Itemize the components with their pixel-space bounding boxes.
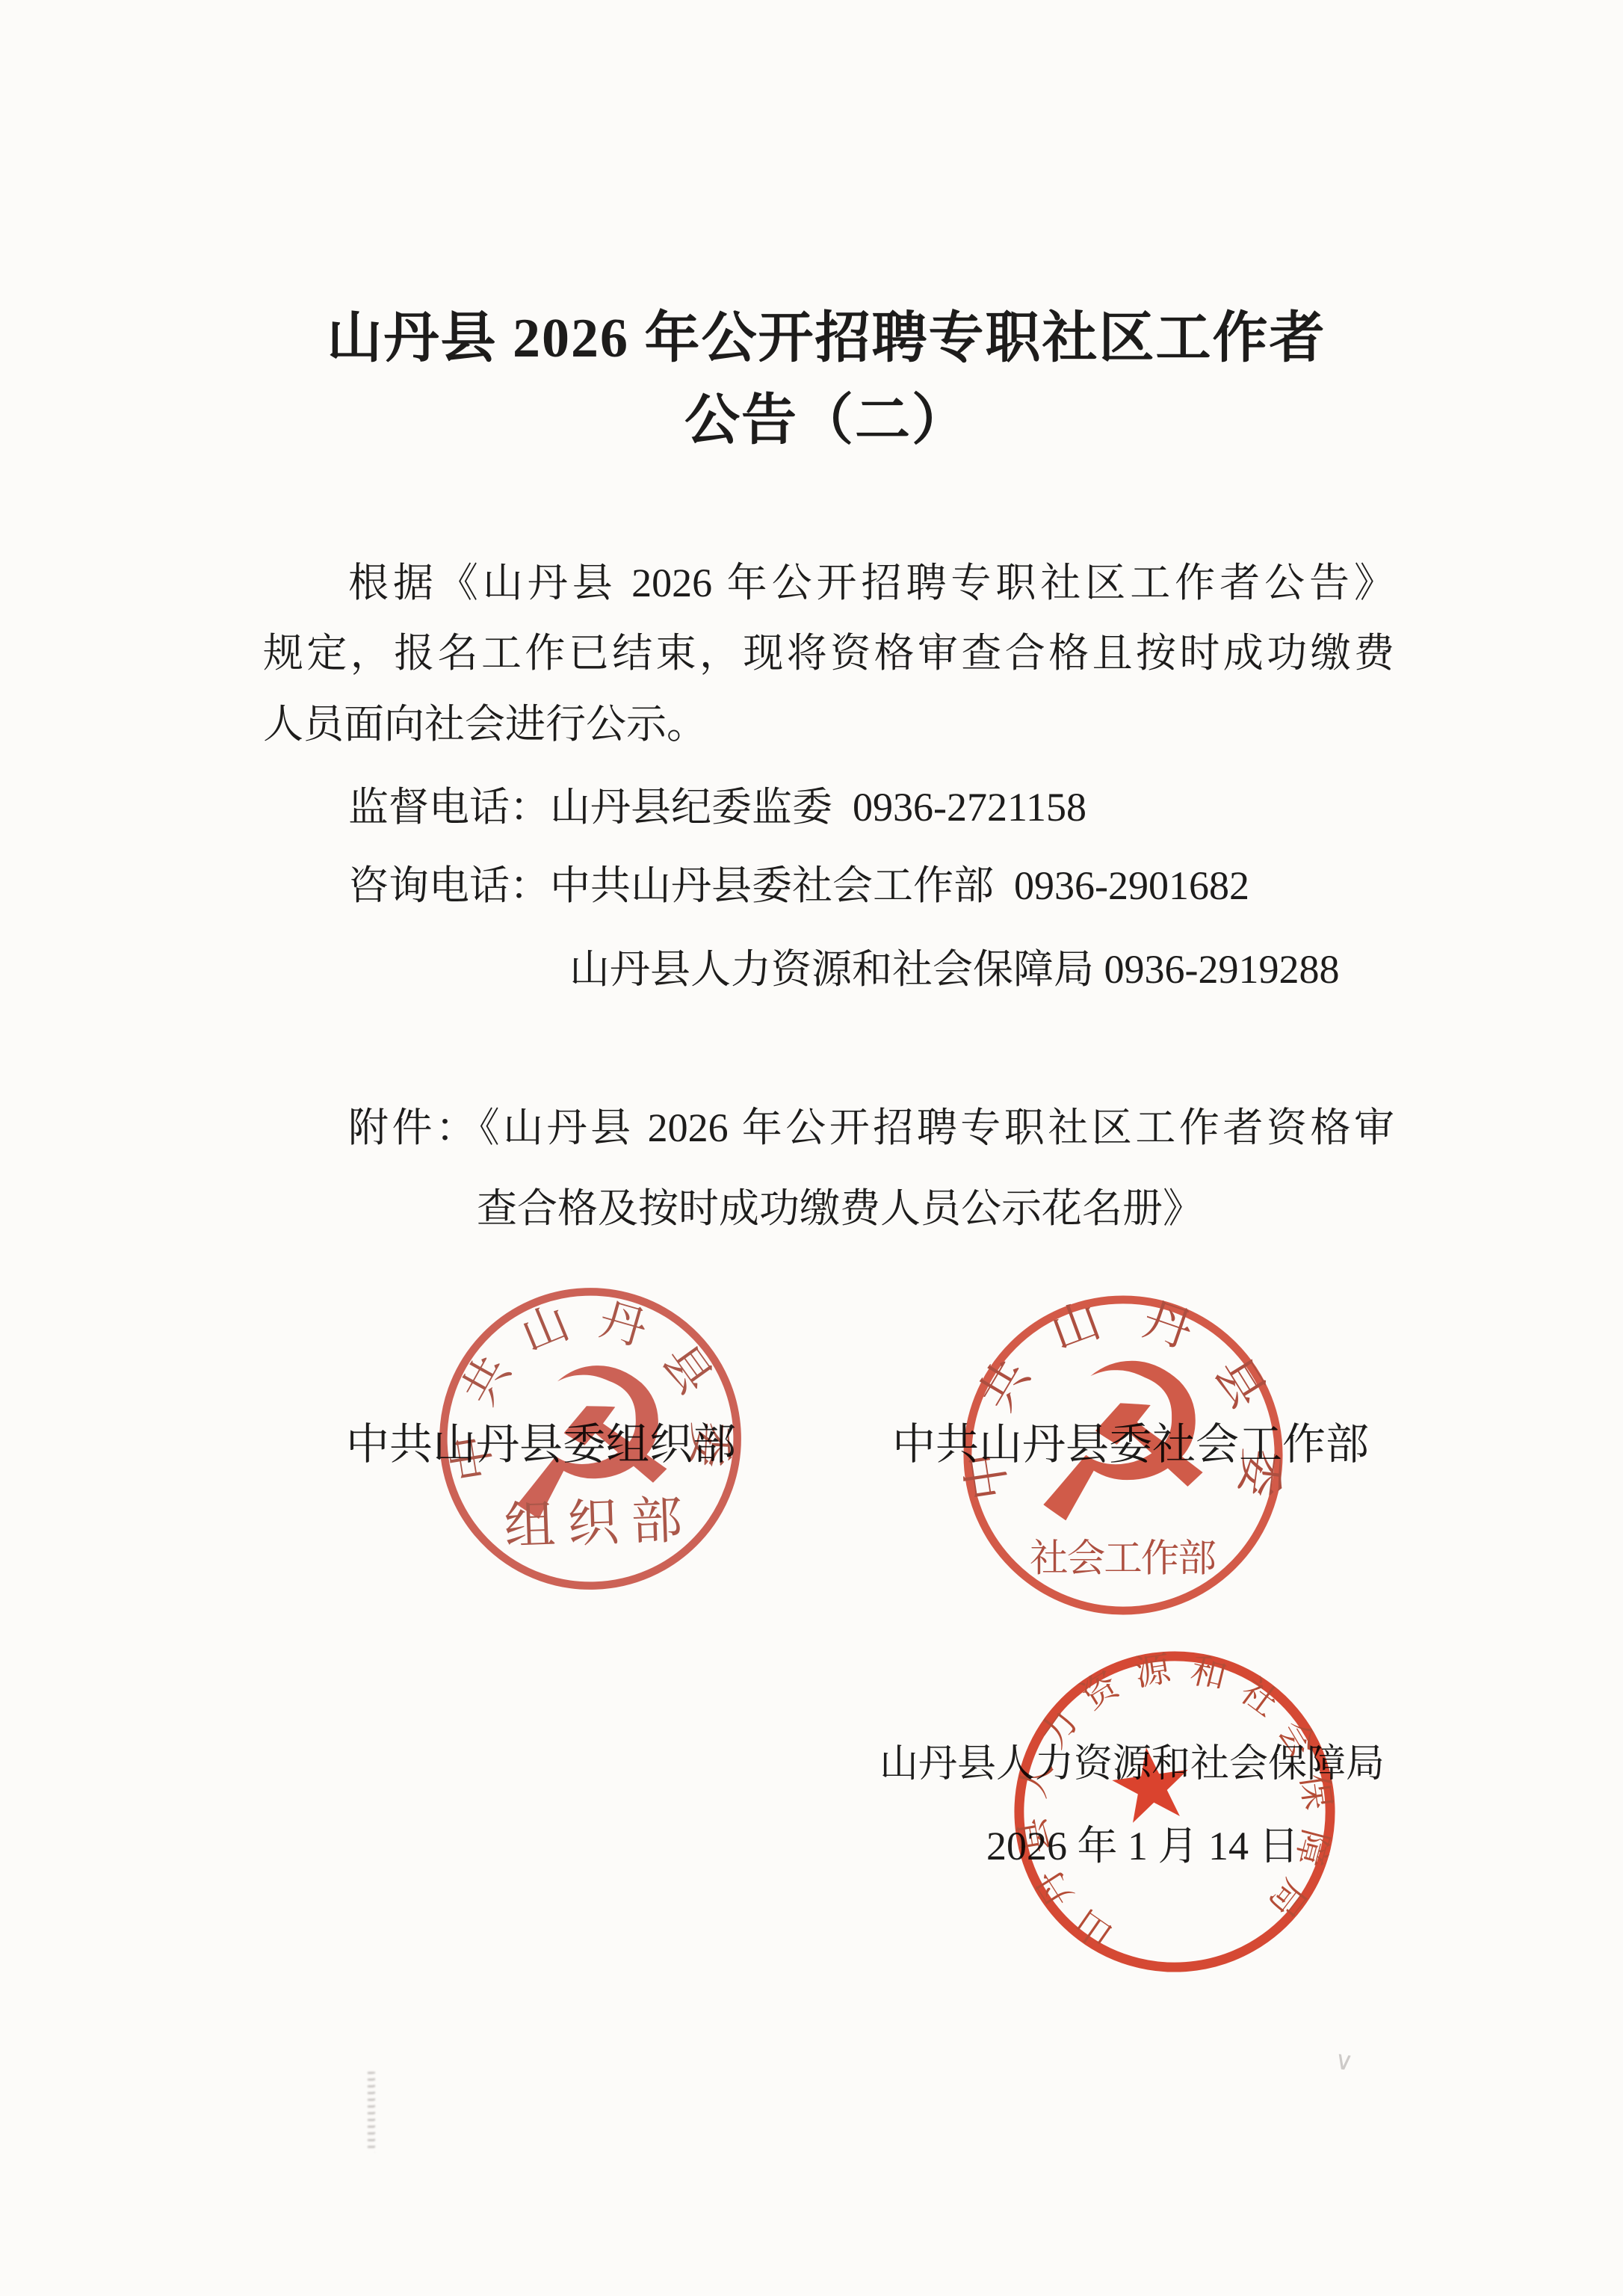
seal-ring [999,1636,1350,1987]
consult-phone-line1: 咨询电话：中共山丹县委社会工作部 0936-2901682 [263,865,1394,906]
document-title-line1: 山丹县 2026 年公开招聘专职社区工作者 [30,311,1623,366]
attachment-line1: 附件：《山丹县 2026 年公开招聘专职社区工作者资格审 [263,1108,1394,1148]
seal-bottom-text: 组织部 [503,1492,683,1555]
consult-phone-line2: 山丹县人力资源和社会保障局 0936-2919288 [263,949,1394,990]
seal-ring-text: 山丹县人力资源和社会保障局 [992,1629,1352,1963]
document-page: 山丹县 2026 年公开招聘专职社区工作者 公告（二） 根据《山丹县 2026 … [0,0,1623,2296]
signature-org-dept: 中共山丹县委组织部 [346,1423,736,1466]
body-paragraph-line2: 规定，报名工作已结束，现将资格审查合格且按时成功缴费 [263,633,1394,673]
supervision-phone-line: 监督电话：山丹县纪委监委 0936-2721158 [263,787,1394,827]
official-seal-hr-bureau: 山丹县人力资源和社会保障局 ★ [991,1628,1358,1996]
body-paragraph-line3: 人员面向社会进行公示。 [263,704,1394,744]
scan-artifact-streak [368,2072,375,2152]
document-date: 2026 年 1 月 14 日 [986,1826,1299,1866]
svg-text:中共山丹县委: 中共山丹县委 [960,1292,1286,1504]
svg-text:山丹县人力资源和社会保障局: 山丹县人力资源和社会保障局 [992,1629,1352,1963]
seal-bottom-text: 社会工作部 [1030,1538,1217,1581]
signature-hr-bureau: 山丹县人力资源和社会保障局 [879,1745,1385,1784]
scan-artifact-mark: ∨ [1332,2045,1355,2077]
signature-social-work-dept: 中共山丹县委社会工作部 [892,1423,1369,1466]
document-title-line2: 公告（二） [30,393,1623,448]
body-paragraph-line1: 根据《山丹县 2026 年公开招聘专职社区工作者公告》 [263,563,1394,603]
seal-ring-text: 中共山丹县委 [960,1292,1286,1504]
attachment-line2: 查合格及按时成功缴费人员公示花名册》 [263,1188,1394,1229]
